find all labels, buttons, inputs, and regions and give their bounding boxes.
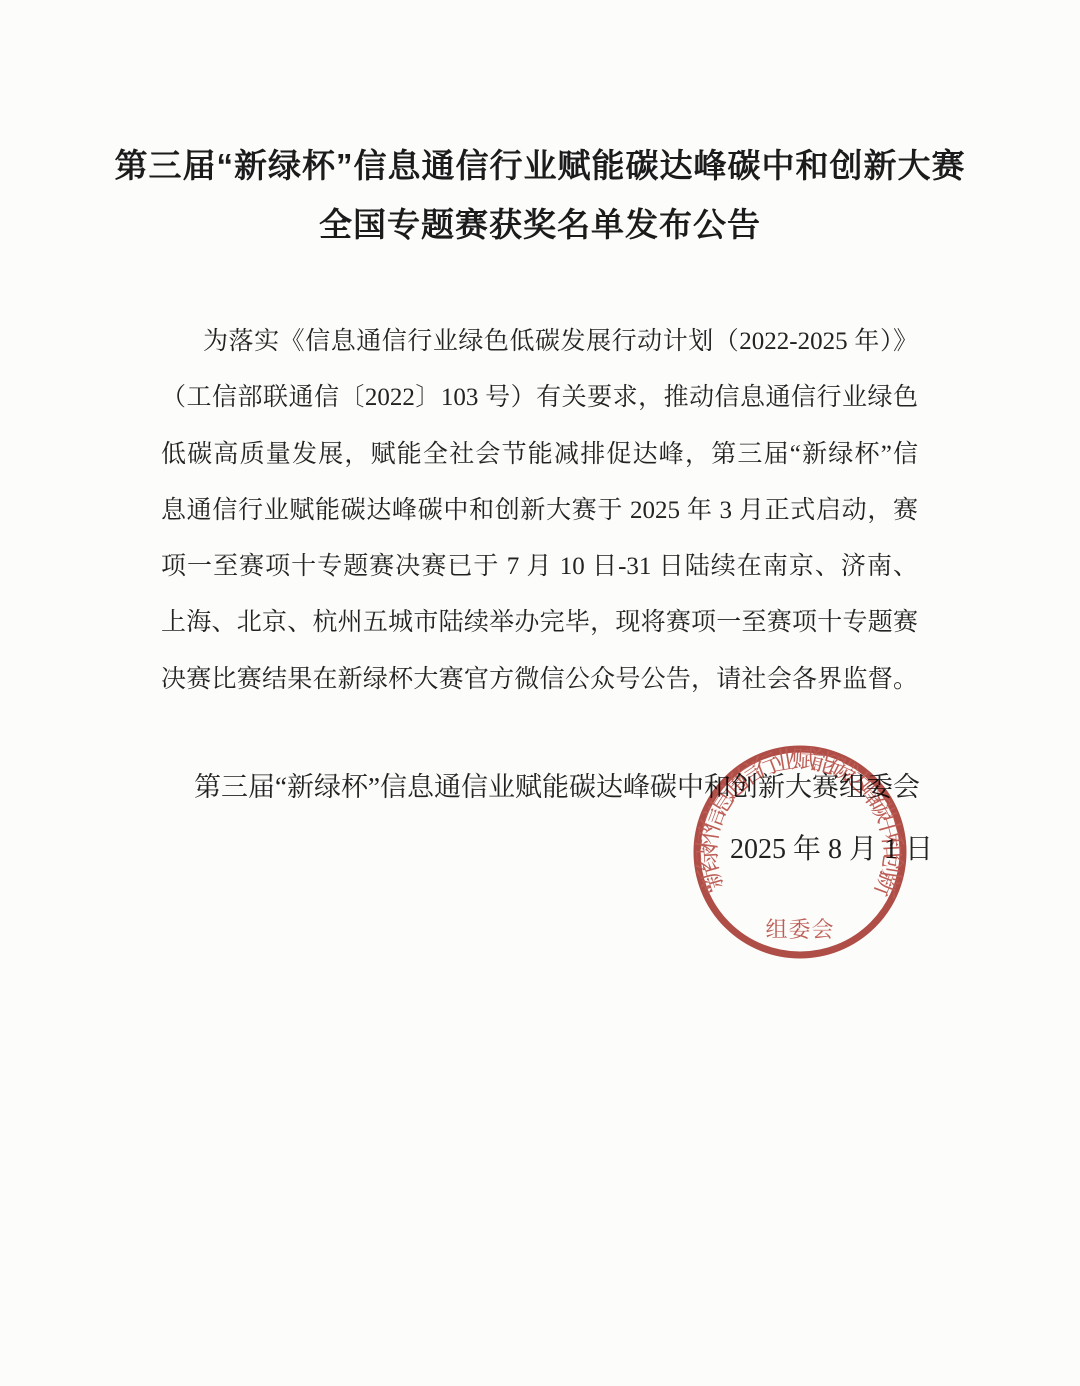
- stamp-arc-text: “新绿杯”信息通信行业赋能碳达峰碳中和创新大赛: [688, 740, 907, 901]
- doc-title-line-2: 全国专题赛获奖名单发布公告: [0, 199, 1080, 246]
- body-line-4: 息通信行业赋能碳达峰碳中和创新大赛于 2025 年 3 月正式启动，赛: [161, 483, 918, 539]
- body-line-3: 低碳高质量发展，赋能全社会节能减排促达峰，第三届“新绿杯”信: [161, 427, 918, 483]
- body-line-1: 为落实《信息通信行业绿色低碳发展行动计划（2022-2025 年）》: [161, 314, 918, 370]
- doc-body-paragraph: 为落实《信息通信行业绿色低碳发展行动计划（2022-2025 年）》 （工信部联…: [161, 314, 918, 708]
- body-line-6: 上海、北京、杭州五城市陆续举办完毕，现将赛项一至赛项十专题赛: [161, 595, 918, 651]
- body-line-7: 决赛比赛结果在新绿杯大赛官方微信公众号公告，请社会各界监督。: [161, 652, 918, 708]
- stamp-bottom-text: 组委会: [765, 917, 834, 942]
- doc-title-line-1: 第三届“新绿杯”信息通信行业赋能碳达峰碳中和创新大赛: [0, 140, 1080, 187]
- document-page: 第三届“新绿杯”信息通信行业赋能碳达峰碳中和创新大赛 全国专题赛获奖名单发布公告…: [0, 0, 1080, 1386]
- body-line-2: （工信部联通信〔2022〕103 号）有关要求，推动信息通信行业绿色: [161, 370, 918, 426]
- official-seal: “新绿杯”信息通信行业赋能碳达峰碳中和创新大赛 组委会: [688, 740, 912, 964]
- body-line-5: 项一至赛项十专题赛决赛已于 7 月 10 日-31 日陆续在南京、济南、: [161, 539, 918, 595]
